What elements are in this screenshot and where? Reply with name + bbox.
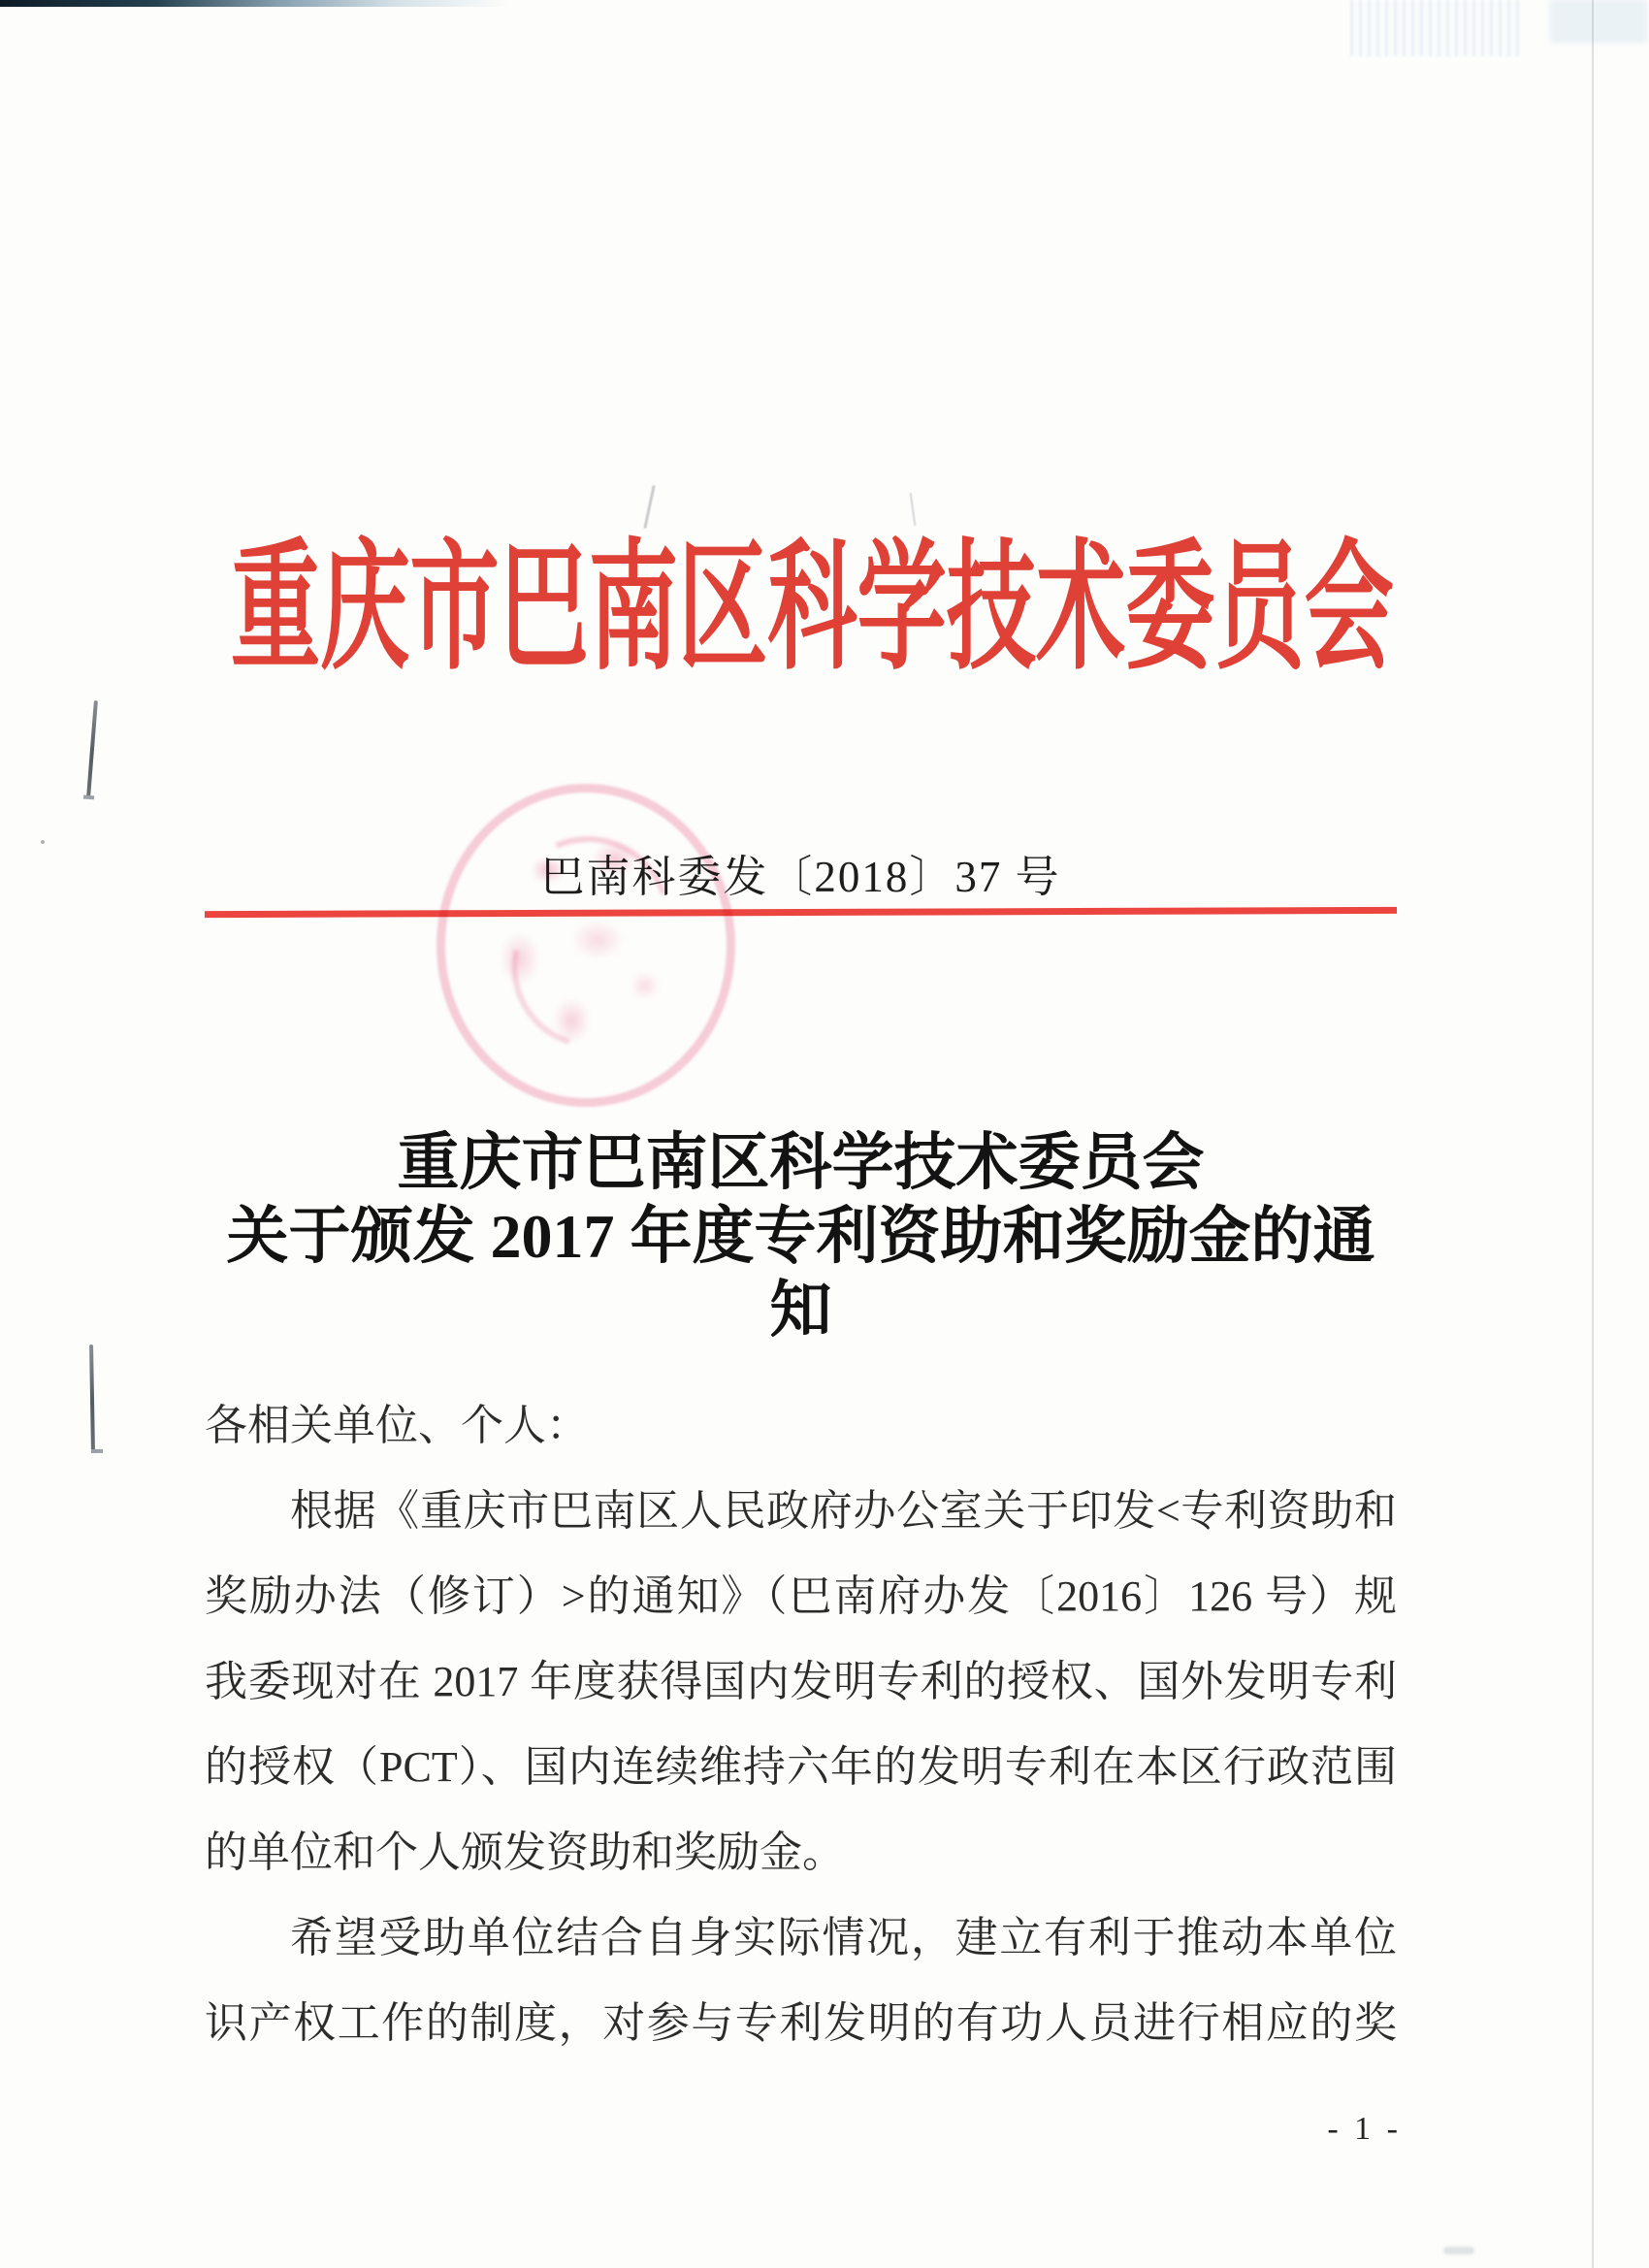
body-salutation: 各相关单位、个人： [205,1383,1397,1469]
body-line: 奖励办法（修订）>的通知》（巴南府办发〔2016〕126 号）规定， [205,1554,1397,1639]
scan-artifact-wisp [910,493,917,526]
body-line: 识产权工作的制度，对参与专利发明的有功人员进行相应的奖 [205,1981,1397,2066]
scan-artifact-wisp [643,485,655,529]
scan-artifact-speck [41,840,45,844]
document-number: 巴南科委发〔2018〕37 号 [205,852,1397,902]
body-line: 我委现对在 2017 年度获得国内发明专利的授权、国外发明专利 [205,1639,1397,1725]
scan-artifact-right-streaks [1350,0,1520,56]
scan-artifact-smudge [1443,2247,1474,2254]
body-line: 的单位和个人颁发资助和奖励金。 [205,1810,1397,1895]
body-text: 各相关单位、个人： 根据《重庆市巴南区人民政府办公室关于印发<专利资助和 奖励办… [205,1383,1397,2066]
notice-title-line2: 关于颁发 2017 年度专利资助和奖励金的通知 [205,1200,1397,1347]
body-line: 希望受助单位结合自身实际情况，建立有利于推动本单位知 [205,1895,1397,1981]
notice-title: 重庆市巴南区科学技术委员会 关于颁发 2017 年度专利资助和奖励金的通知 [205,1126,1397,1347]
scanned-official-document-page: 重庆市巴南区科学技术委员会 巴南科委发〔2018〕37 号 重庆市巴南区科学技术… [0,0,1649,2268]
notice-title-line1: 重庆市巴南区科学技术委员会 [205,1126,1397,1200]
staple-mark-bottom [89,1345,95,1451]
letterhead-org-title: 重庆市巴南区科学技术委员会 [231,539,1394,680]
scan-artifact-top-strip [0,0,509,7]
page-number: - 1 - [1327,2111,1402,2148]
body-line: 根据《重庆市巴南区人民政府办公室关于印发<专利资助和 [205,1469,1397,1554]
staple-mark-top [86,700,98,797]
official-seal-stamp [436,784,735,1107]
scan-artifact-vertical-line [1592,0,1594,2268]
scan-artifact-right-band [1550,0,1647,43]
body-line: 的授权（PCT）、国内连续维持六年的发明专利在本区行政范围内 [205,1725,1397,1810]
red-separator-line [205,907,1397,918]
